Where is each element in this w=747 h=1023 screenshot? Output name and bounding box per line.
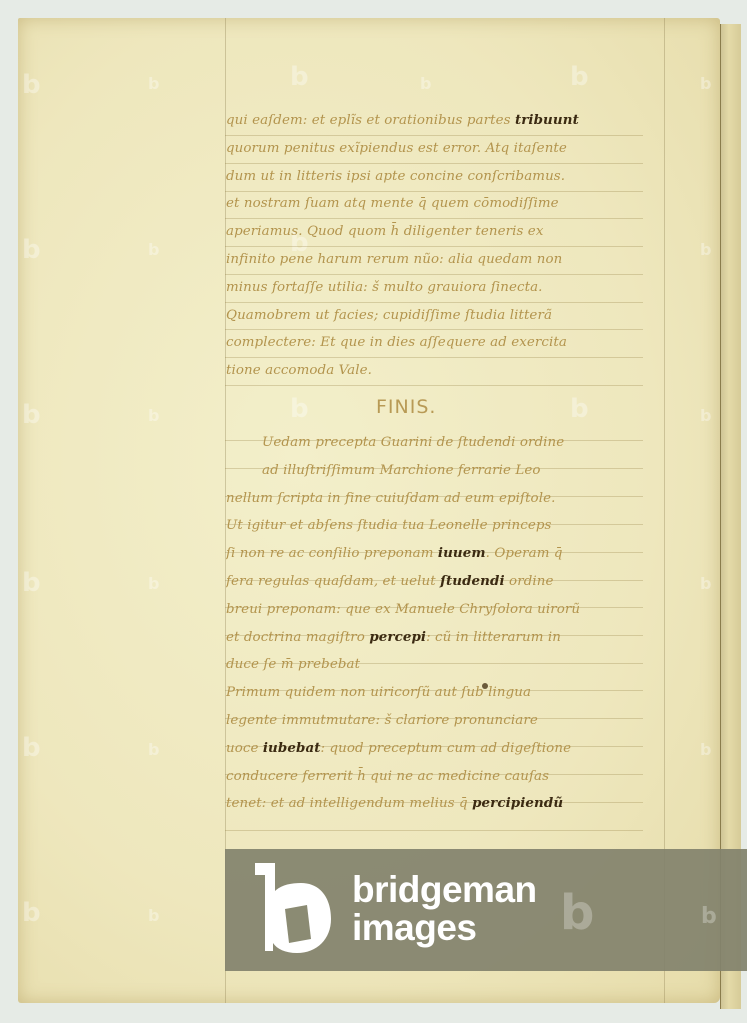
manuscript-line: tenet: et ad intelligendum melius q̄ per… (226, 790, 666, 818)
manuscript-line: fera regulas quaſdam, et uelut ſtudendi … (226, 568, 666, 596)
manuscript-line: qui eaſdem: et eplĩs et orationibus part… (226, 107, 666, 135)
watermark-tile-icon: b (22, 898, 41, 928)
text-section-closing-letter: qui eaſdem: et eplĩs et orationibus part… (226, 107, 666, 385)
manuscript-line: ſi non re ac conſilio preponam iuuem. Op… (226, 540, 666, 568)
watermark-tile-icon: b (700, 574, 711, 593)
watermark-tile-icon: b (560, 885, 594, 941)
bridgeman-watermark-banner: bridgeman images b b (225, 849, 747, 971)
watermark-tile-icon: b (148, 74, 159, 93)
manuscript-line: nellum ſcripta in fine cuiuſdam ad eum e… (226, 485, 666, 513)
manuscript-line: dum ut in litteris ipsi apte concine con… (226, 163, 666, 191)
finis-heading: FINIS. (226, 385, 666, 429)
watermark-tile-icon: b (148, 906, 159, 925)
manuscript-line: uoce iubebat: quod preceptum cum ad dige… (226, 735, 666, 763)
manuscript-text: qui eaſdem: et eplĩs et orationibus part… (226, 107, 666, 818)
manuscript-line: Uedam precepta Guarini de ſtudendi ordin… (226, 429, 666, 457)
watermark-tile-icon: b (22, 568, 41, 598)
dark-ink-word: percepi (369, 629, 426, 645)
manuscript-line: Quamobrem ut facies; cupidiſſime ſtudia … (226, 302, 666, 330)
watermark-tile-icon: b (420, 74, 431, 93)
manuscript-line: et doctrina magiſtro percepi: cũ in lit… (226, 624, 666, 652)
bridgeman-brand-text: bridgeman images (352, 871, 537, 947)
watermark-tile-icon: b (290, 62, 309, 92)
manuscript-line: infinito pene harum rerum nũo: alia qued… (226, 246, 666, 274)
dark-ink-word: percipiendũ (472, 795, 563, 811)
manuscript-line: minus fortaſſe utilia: š multo grauiora … (226, 274, 666, 302)
watermark-tile-icon: b (22, 733, 41, 763)
brand-line-images: images (352, 909, 537, 947)
manuscript-line: conducere ferrerit h̄ qui ne ac medicine… (226, 763, 666, 791)
manuscript-line: tione accomoda Vale. (226, 357, 666, 385)
watermark-tile-icon: b (700, 406, 711, 425)
manuscript-line: quorum penitus exĩpiendus est error. At… (226, 135, 666, 163)
watermark-tile-icon: b (700, 740, 711, 759)
dark-ink-word: iubebat (263, 740, 321, 756)
manuscript-line: breui preponam: que ex Manuele Chryſolor… (226, 596, 666, 624)
watermark-tile-icon: b (22, 400, 41, 430)
brand-line-bridgeman: bridgeman (352, 871, 537, 909)
dark-ink-word: tribuunt (515, 112, 579, 128)
manuscript-line: legente immutmutare: š clariore pronunci… (226, 707, 666, 735)
bridgeman-logo-icon (251, 863, 331, 953)
watermark-tile-icon: b (148, 240, 159, 259)
watermark-tile-icon: b (22, 70, 41, 100)
manuscript-line: ad illuſtriſſimum Marchione ferrarie Leo (226, 457, 666, 485)
watermark-tile-icon: b (700, 240, 711, 259)
watermark-tile-icon: b (22, 235, 41, 265)
watermark-tile-icon: b (700, 74, 711, 93)
watermark-tile-icon: b (701, 904, 717, 929)
watermark-tile-icon: b (148, 740, 159, 759)
dark-ink-word: iuuem (438, 545, 486, 561)
text-section-guarini-precepts: Uedam precepta Guarini de ſtudendi ordin… (226, 429, 666, 818)
manuscript-line: Primum quidem non uiricorſũ aut ſub lin… (226, 679, 666, 707)
watermark-tile-icon: b (148, 574, 159, 593)
watermark-tile-icon: b (570, 62, 589, 92)
ruling-line (225, 830, 643, 831)
manuscript-line: Ut igitur et abſens ſtudia tua Leonelle … (226, 512, 666, 540)
watermark-tile-icon: b (148, 406, 159, 425)
manuscript-line: duce ſe m̄ prebebat (226, 651, 666, 679)
dark-ink-word: ſtudendi (440, 573, 505, 589)
manuscript-line: complectere: Et que in dies aſſequere ad… (226, 329, 666, 357)
manuscript-line: et nostram ſuam atq mente q̄ quem cōmodi… (226, 190, 666, 218)
ink-spot (482, 683, 488, 689)
manuscript-line: aperiamus. Quod quom h̄ diligenter tener… (226, 218, 666, 246)
